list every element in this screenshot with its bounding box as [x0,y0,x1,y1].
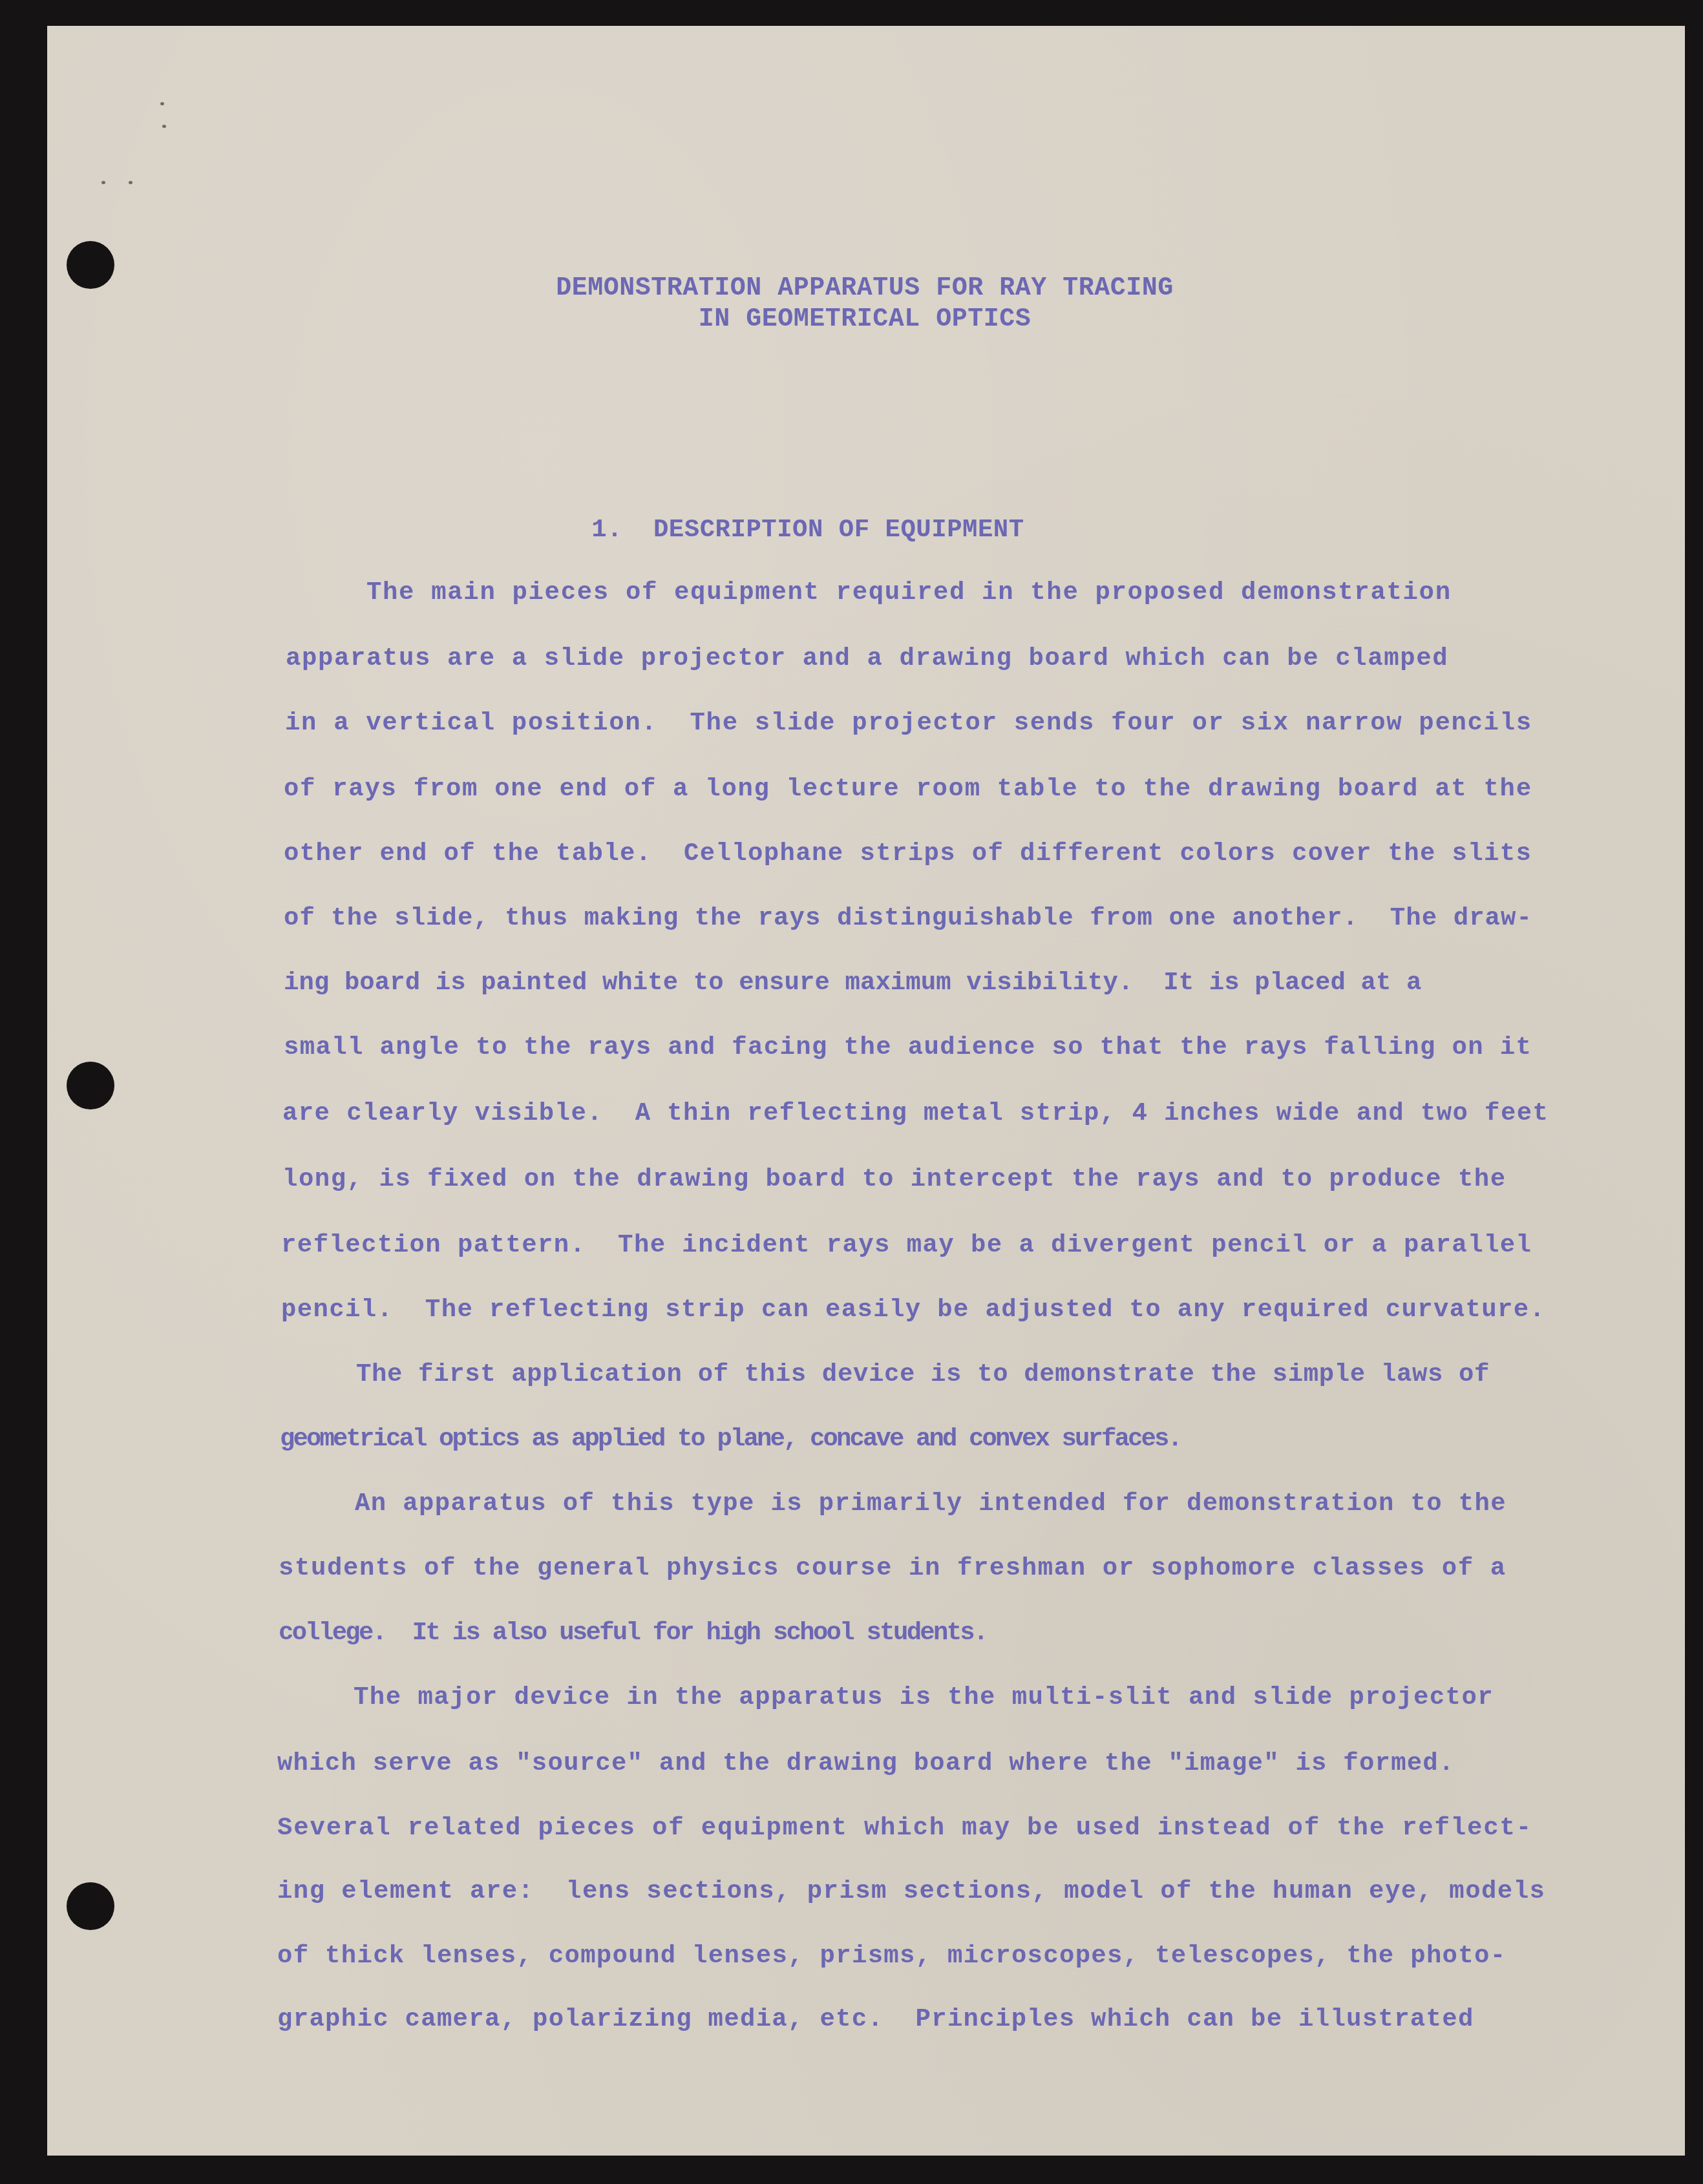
body-line: The first application of this device is … [356,1362,1490,1387]
body-line: of thick lenses, compound lenses, prisms… [277,1944,1506,1969]
body-line: ing board is painted white to ensure max… [284,971,1421,996]
body-line: of rays from one end of a long lecture r… [284,777,1532,802]
document-page: DEMONSTRATION APPARATUS FOR RAY TRACING … [47,26,1685,2156]
body-line: geometrical optics as applied to plane, … [280,1427,1181,1452]
body-line: small angle to the rays and facing the a… [284,1035,1532,1060]
body-line: students of the general physics course i… [279,1556,1507,1581]
body-line: of the slide, thus making the rays disti… [284,906,1532,931]
body-line: are clearly visible. A thin reflecting m… [282,1101,1549,1126]
body-line: reflection pattern. The incident rays ma… [281,1233,1532,1258]
body-line: Several related pieces of equipment whic… [277,1816,1532,1841]
body-line: pencil. The reflecting strip can easily … [281,1297,1545,1323]
body-line: college. It is also useful for high scho… [279,1621,987,1646]
staple-mark [160,102,164,105]
body-line: ing element are: lens sections, prism se… [277,1879,1545,1904]
punch-hole-bottom [67,1882,114,1930]
body-line: The major device in the apparatus is the… [354,1685,1494,1710]
punch-hole-middle [67,1062,114,1109]
document-title-line-1: DEMONSTRATION APPARATUS FOR RAY TRACING [46,274,1684,303]
body-line: An apparatus of this type is primarily i… [355,1491,1507,1517]
body-line: graphic camera, polarizing media, etc. P… [277,2007,1474,2032]
staple-mark [129,181,132,184]
body-line: other end of the table. Cellophane strip… [284,841,1532,866]
body-line: The main pieces of equipment required in… [366,580,1452,605]
body-line: which serve as "source" and the drawing … [277,1751,1455,1776]
document-title-line-2: IN GEOMETRICAL OPTICS [46,305,1684,334]
body-line: long, is fixed on the drawing board to i… [282,1167,1507,1192]
staple-mark [101,181,105,184]
section-heading: 1. DESCRIPTION OF EQUIPMENT [0,516,1627,544]
body-line: apparatus are a slide projector and a dr… [286,646,1448,671]
staple-mark [162,125,166,128]
body-line: in a vertical position. The slide projec… [285,711,1532,736]
